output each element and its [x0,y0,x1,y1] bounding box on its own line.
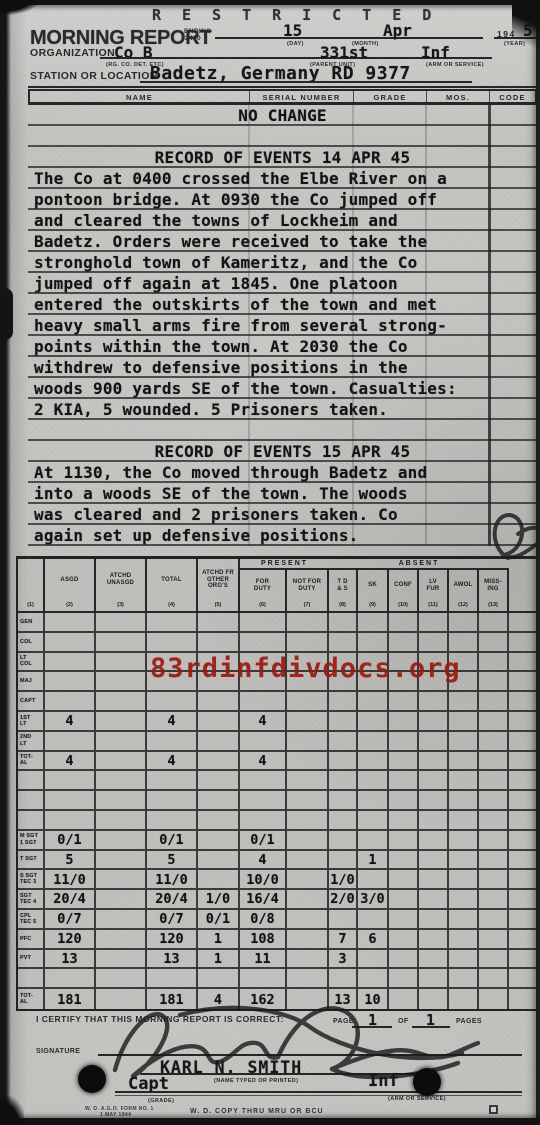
strength-cell [358,613,389,631]
roster-header: NAME SERIAL NUMBER GRADE MOS. CODE [28,91,537,105]
strength-row-label: CPL TEC 5 [18,910,45,928]
strength-cell [96,831,147,849]
strength-row-label: 2ND LT [18,732,45,750]
strength-row: CPL TEC 50/70/70/10/8 [18,910,536,930]
strength-cell [509,851,536,869]
strength-cell [479,752,509,770]
strength-row-label: COL [18,633,45,651]
strength-cell [419,831,449,849]
strength-cell [449,890,479,908]
strength-cell: 4 [147,752,198,770]
strength-row: T SGT5541 [18,851,536,871]
strength-row [18,811,536,831]
strength-cell [479,613,509,631]
strength-cell [147,613,198,631]
strength-row: SGT TEC 420/420/41/016/42/03/0 [18,890,536,910]
strength-cell [389,791,419,809]
strength-cell [198,851,240,869]
strength-cell [419,969,449,987]
present-group-header: PRESENT FOR DUTY(6) NOT FOR DUTY(7) [240,559,329,611]
strength-cell [45,613,96,631]
strength-cell [449,910,479,928]
strength-cell [479,633,509,651]
strength-cell [389,732,419,750]
strength-cell [479,969,509,987]
strength-cell [358,950,389,968]
strength-cell [329,969,358,987]
strength-cell: 7 [329,930,358,948]
strength-cell [509,811,536,829]
strength-cell [198,613,240,631]
strength-cell [479,692,509,710]
strength-row-label: MAJ [18,672,45,690]
events-line: The Co at 0400 crossed the Elbe River on… [28,168,537,189]
col-atchd-fr-header: ATCHD FR OTHER ORG'S(5) [198,559,240,611]
strength-cell [240,771,287,789]
strength-cell [147,732,198,750]
strength-cell [240,791,287,809]
events-heading: RECORD OF EVENTS 14 APR 45 [28,147,537,168]
strength-cell: 13 [147,950,198,968]
strength-cell: 4 [45,712,96,730]
col-lv-fur-header: LV FUR(11) [419,570,449,611]
strength-table-header: (1) ASGD(2) ATCHD UNASGD(3) TOTAL(4) ATC… [18,559,536,613]
col-not-for-duty-header: NOT FOR DUTY(7) [287,570,329,611]
strength-row-label [18,771,45,789]
strength-cell [419,712,449,730]
copy-routing-note: W. D. COPY THRU MRU OR BCU [190,1108,324,1115]
events-line: stronghold town of Kameritz, and the Co [28,252,537,273]
strength-cell: 13 [45,950,96,968]
strength-row: 2ND LT [18,732,536,752]
strength-cell [287,969,329,987]
morning-report-scan: RESTRICTED MORNING REPORT ENDING 2400 15… [0,0,540,1125]
events-line: 2 KIA, 5 wounded. 5 Prisoners taken. [28,399,537,420]
strength-cell: 1 [198,930,240,948]
strength-cell [287,712,329,730]
strength-cell [449,950,479,968]
events-line [28,126,537,147]
strength-cell [479,732,509,750]
strength-row [18,771,536,791]
strength-cell: 0/7 [45,910,96,928]
strength-cell [96,653,147,671]
strength-cell: 6 [358,930,389,948]
strength-cell [419,791,449,809]
strength-cell: 4 [147,712,198,730]
strength-cell [45,633,96,651]
events-heading: RECORD OF EVENTS 15 APR 45 [28,441,537,462]
strength-cell: 1 [198,950,240,968]
col-tds-header: T D & S(8) [329,570,358,611]
strength-cell: 0/1 [240,831,287,849]
strength-cell [509,692,536,710]
record-of-events: NO CHANGERECORD OF EVENTS 14 APR 45The C… [28,105,537,546]
strength-row-label: TOT- AL [18,989,45,1009]
strength-cell [479,712,509,730]
roster-col-grade: GRADE [354,91,427,102]
strength-cell [240,692,287,710]
strength-cell [419,851,449,869]
strength-row-label [18,811,45,829]
strength-row: S SGT TEC 311/011/010/01/0 [18,870,536,890]
strength-cell [287,692,329,710]
strength-row-label [18,791,45,809]
strength-cell [419,613,449,631]
strength-cell [389,890,419,908]
strength-cell [389,633,419,651]
strength-row [18,969,536,989]
strength-cell [147,791,198,809]
strength-cell [389,831,419,849]
strength-cell [45,732,96,750]
strength-cell [449,811,479,829]
strength-cell [96,613,147,631]
col-for-duty-header: FOR DUTY(6) [240,570,287,611]
strength-cell [449,851,479,869]
pen-initial-mark [480,502,540,574]
strength-cell: 0/8 [240,910,287,928]
strength-cell [287,752,329,770]
strength-cell [198,811,240,829]
strength-cell [509,633,536,651]
arm-of-service-value: Inf [421,43,450,62]
strength-cell [509,752,536,770]
column-rule-code [488,105,491,546]
strength-cell [449,752,479,770]
strength-row: M SGT 1 SGT0/10/10/1 [18,831,536,851]
col-sk-header: SK(9) [358,570,389,611]
strength-cell [329,910,358,928]
strength-cell [240,811,287,829]
strength-cell [509,791,536,809]
strength-cell [329,692,358,710]
strength-row-label [18,969,45,987]
strength-cell [147,771,198,789]
scan-edge-top [0,0,540,5]
strength-row: TOT- AL444 [18,752,536,772]
events-line: jumped off again at 1845. One platoon [28,273,537,294]
strength-cell [389,910,419,928]
strength-cell [479,950,509,968]
strength-cell: 1/0 [198,890,240,908]
strength-cell [509,950,536,968]
strength-cell [147,969,198,987]
strength-cell: 20/4 [147,890,198,908]
strength-cell [479,930,509,948]
date-underline [215,22,483,39]
col-asgd-header: ASGD(2) [45,559,96,611]
strength-cell: 20/4 [45,890,96,908]
strength-cell [287,771,329,789]
strength-cell [287,613,329,631]
strength-cell [389,851,419,869]
strength-cell [198,771,240,789]
strength-cell [240,613,287,631]
strength-cell: 4 [240,712,287,730]
scan-edge-left [0,0,11,1125]
strength-row-label: PFC [18,930,45,948]
strength-cell [509,831,536,849]
strength-cell [96,870,147,888]
strength-cell: 1 [358,851,389,869]
events-line: entered the outskirts of the town and me… [28,294,537,315]
strength-cell [287,831,329,849]
strength-cell: 4 [240,851,287,869]
strength-cell [147,692,198,710]
strength-cell [389,969,419,987]
strength-cell [509,910,536,928]
column-rule-serial [248,105,250,546]
col-conf-header: CONF(10) [389,570,419,611]
strength-cell [198,791,240,809]
strength-cell [449,732,479,750]
events-line: woods 900 yards SE of the town. Casualti… [28,378,537,399]
strength-cell [329,752,358,770]
strength-row: PFC120120110876 [18,930,536,950]
strength-row-label: GEN [18,613,45,631]
strength-cell [509,613,536,631]
strength-cell [419,910,449,928]
strength-cell: 4 [45,752,96,770]
strength-cell [358,791,389,809]
strength-cell [389,811,419,829]
strength-cell [96,791,147,809]
strength-cell [198,633,240,651]
strength-cell [198,712,240,730]
col-atchd-unasgd-header: ATCHD UNASGD(3) [96,559,147,611]
strength-cell [45,692,96,710]
report-day: 15 [283,21,302,40]
signature-scrawl [60,995,540,1103]
events-line: withdrew to defensive positions in the [28,357,537,378]
strength-cell [287,851,329,869]
strength-cell [198,969,240,987]
strength-row-label: M SGT 1 SGT [18,831,45,849]
strength-cell [287,633,329,651]
column-rule-mos [425,105,427,546]
strength-cell [329,791,358,809]
strength-cell [449,969,479,987]
events-line: Badetz. Orders were received to take the [28,231,537,252]
strength-cell: 5 [45,851,96,869]
strength-cell: 3 [329,950,358,968]
strength-cell [419,752,449,770]
strength-row-label: T SGT [18,851,45,869]
strength-cell [509,930,536,948]
strength-cell [389,870,419,888]
events-line [28,420,537,441]
strength-cell [358,712,389,730]
strength-cell [509,771,536,789]
roster-col-code: CODE [490,91,535,102]
strength-cell [96,811,147,829]
watermark: 83rdinfdivdocs.org [150,653,461,684]
strength-cell [198,870,240,888]
report-month: Apr [383,21,412,40]
strength-cell [479,771,509,789]
strength-cell [479,791,509,809]
strength-cell: 4 [240,752,287,770]
strength-cell [287,910,329,928]
strength-cell [96,692,147,710]
ending-value: 2400 [185,35,201,42]
strength-cell [287,950,329,968]
strength-cell [449,771,479,789]
strength-cell [329,732,358,750]
strength-cell [96,672,147,690]
strength-cell [449,692,479,710]
strength-cell [389,930,419,948]
strength-cell [479,890,509,908]
scan-corner-top-left [0,0,38,15]
strength-cell [329,831,358,849]
scan-corner-bottom-left [0,1096,24,1125]
scan-blotch-left [0,288,13,340]
roster-col-serial: SERIAL NUMBER [250,91,354,102]
events-heading: NO CHANGE [28,105,537,126]
strength-cell [419,771,449,789]
strength-cell [96,732,147,750]
strength-cell [509,672,536,690]
strength-row-label: TOT- AL [18,752,45,770]
col-missing-header: MISS- ING(13) [479,570,509,611]
strength-cell [329,613,358,631]
strength-cell: 120 [45,930,96,948]
events-line: again set up defensive positions. [28,525,537,546]
strength-cell [287,811,329,829]
strength-cell [287,930,329,948]
strength-cell [198,752,240,770]
strength-cell: 1/0 [329,870,358,888]
strength-row [18,791,536,811]
strength-cell: 120 [147,930,198,948]
strength-cell [449,870,479,888]
strength-cell [45,791,96,809]
strength-cell [96,712,147,730]
strength-cell [509,870,536,888]
strength-cell [449,613,479,631]
strength-cell [358,752,389,770]
strength-cell [419,890,449,908]
station-underline [140,66,472,83]
strength-cell [389,771,419,789]
strength-cell [96,752,147,770]
strength-cell [389,950,419,968]
scan-edge-bottom [0,1118,540,1125]
col-total-header: TOTAL(4) [147,559,198,611]
strength-cell [389,613,419,631]
strength-cell: 108 [240,930,287,948]
strength-cell [509,653,536,671]
strength-cell [419,930,449,948]
strength-row-label: SGT TEC 4 [18,890,45,908]
strength-cell: 0/1 [45,831,96,849]
strength-cell [96,851,147,869]
strength-row-label: 1ST LT [18,712,45,730]
strength-cell: 0/7 [147,910,198,928]
strength-cell [329,811,358,829]
ending-label: ENDING [184,28,212,35]
events-line: At 1130, the Co moved through Badetz and [28,462,537,483]
strength-cell [449,633,479,651]
strength-cell [358,910,389,928]
strength-cell [198,692,240,710]
strength-cell [479,870,509,888]
strength-cell [45,969,96,987]
footer-check-square [489,1105,498,1114]
events-line: was cleared and 2 prisoners taken. Co [28,504,537,525]
strength-table: (1) ASGD(2) ATCHD UNASGD(3) TOTAL(4) ATC… [16,556,538,1011]
strength-cell [358,811,389,829]
station-label: STATION OR LOCATION [30,70,158,82]
punch-hole-right [413,1068,441,1096]
strength-cell [45,653,96,671]
col-awol-header: AWOL(12) [449,570,479,611]
column-rule-grade [352,105,354,546]
strength-cell: 11/0 [147,870,198,888]
strength-cell [389,712,419,730]
strength-cell [358,870,389,888]
strength-cell [419,692,449,710]
strength-cell [96,771,147,789]
strength-cell [358,831,389,849]
strength-row-label: PVT [18,950,45,968]
strength-cell [287,732,329,750]
strength-cell [240,732,287,750]
strength-cell [419,633,449,651]
strength-row-label: S SGT TEC 3 [18,870,45,888]
strength-cell [198,831,240,849]
strength-cell [287,890,329,908]
strength-cell [96,890,147,908]
strength-cell: 0/1 [147,831,198,849]
strength-cell [329,771,358,789]
parent-unit-value: 331st [320,43,368,62]
strength-cell [509,732,536,750]
strength-cell [96,633,147,651]
strength-cell [449,791,479,809]
strength-cell [96,950,147,968]
strength-cell: 2/0 [329,890,358,908]
strength-cell [479,910,509,928]
strength-cell [329,712,358,730]
strength-cell: 3/0 [358,890,389,908]
strength-cell [479,851,509,869]
strength-row-label: LT COL [18,653,45,671]
punch-hole-left [78,1065,106,1093]
col-1-header: (1) [18,559,45,611]
strength-cell [240,633,287,651]
strength-cell [389,752,419,770]
strength-cell [358,969,389,987]
strength-cell: 0/1 [198,910,240,928]
strength-row-label: CAPT [18,692,45,710]
strength-cell [198,732,240,750]
strength-cell [96,910,147,928]
strength-row: COL [18,633,536,653]
strength-cell [329,851,358,869]
strength-cell [479,811,509,829]
strength-cell [96,969,147,987]
strength-cell [358,633,389,651]
strength-cell [509,969,536,987]
strength-cell [389,692,419,710]
roster-col-name: NAME [30,91,250,102]
strength-cell [358,692,389,710]
strength-cell [509,712,536,730]
strength-cell [509,890,536,908]
